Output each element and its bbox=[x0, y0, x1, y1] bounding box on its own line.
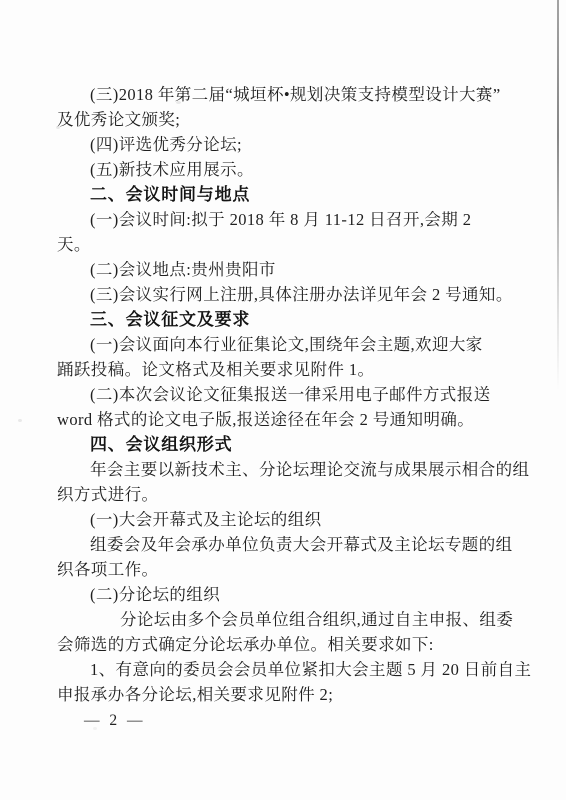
section-heading-4: 四、会议组织形式 bbox=[57, 433, 517, 458]
page-number: — 2 — bbox=[84, 712, 146, 730]
item-paper-submission: (二)本次会议论文征集报送一律采用电子邮件方式报送 bbox=[57, 383, 517, 408]
subheading-opening-ceremony: (一)大会开幕式及主论坛的组织 bbox=[57, 508, 517, 533]
para-organization-continuation: 织方式进行。 bbox=[57, 483, 517, 508]
para-organization: 年会主要以新技术主、分论坛理论交流与成果展示相合的组 bbox=[57, 458, 517, 483]
item-forum-application-continuation: 申报承办各分论坛,相关要求见附件 2; bbox=[57, 683, 517, 708]
item-meeting-time: (一)会议时间:拟于 2018 年 8 月 11-12 日召开,会期 2 bbox=[57, 208, 517, 233]
item-paper-submission-continuation: word 格式的论文电子版,报送途径在年会 2 号通知明确。 bbox=[57, 408, 517, 433]
para-opening-organization-continuation: 织各项工作。 bbox=[57, 558, 517, 583]
scan-artifact-vertical-line bbox=[557, 0, 559, 390]
list-item-3: (三)2018 年第二届“城垣杯•规划决策支持模型设计大赛” bbox=[57, 83, 517, 108]
item-online-registration: (三)会议实行网上注册,具体注册办法详见年会 2 号通知。 bbox=[57, 283, 517, 308]
document-content: (三)2018 年第二届“城垣杯•规划决策支持模型设计大赛” 及优秀论文颁奖; … bbox=[57, 83, 517, 708]
document-page: (三)2018 年第二届“城垣杯•规划决策支持模型设计大赛” 及优秀论文颁奖; … bbox=[0, 0, 566, 800]
item-meeting-time-continuation: 天。 bbox=[57, 233, 517, 258]
list-item-4: (四)评选优秀分论坛; bbox=[57, 133, 517, 158]
para-forum-selection-continuation: 会筛选的方式确定分论坛承办单位。相关要求如下: bbox=[57, 633, 517, 658]
item-meeting-place: (二)会议地点:贵州贵阳市 bbox=[57, 258, 517, 283]
scan-speck bbox=[18, 419, 22, 422]
para-forum-selection: 分论坛由多个会员单位组合组织,通过自主申报、组委 bbox=[57, 608, 517, 633]
subheading-forum-organization: (二)分论坛的组织 bbox=[57, 583, 517, 608]
item-paper-call-continuation: 踊跃投稿。论文格式及相关要求见附件 1。 bbox=[57, 358, 517, 383]
section-heading-3: 三、会议征文及要求 bbox=[57, 308, 517, 333]
list-item-5: (五)新技术应用展示。 bbox=[57, 158, 517, 183]
list-item-3-continuation: 及优秀论文颁奖; bbox=[57, 108, 517, 133]
item-paper-call: (一)会议面向本行业征集论文,围绕年会主题,欢迎大家 bbox=[57, 333, 517, 358]
para-opening-organization: 组委会及年会承办单位负责大会开幕式及主论坛专题的组 bbox=[57, 533, 517, 558]
section-heading-2: 二、会议时间与地点 bbox=[57, 183, 517, 208]
item-forum-application: 1、有意向的委员会会员单位紧扣大会主题 5 月 20 日前自主 bbox=[57, 658, 517, 683]
